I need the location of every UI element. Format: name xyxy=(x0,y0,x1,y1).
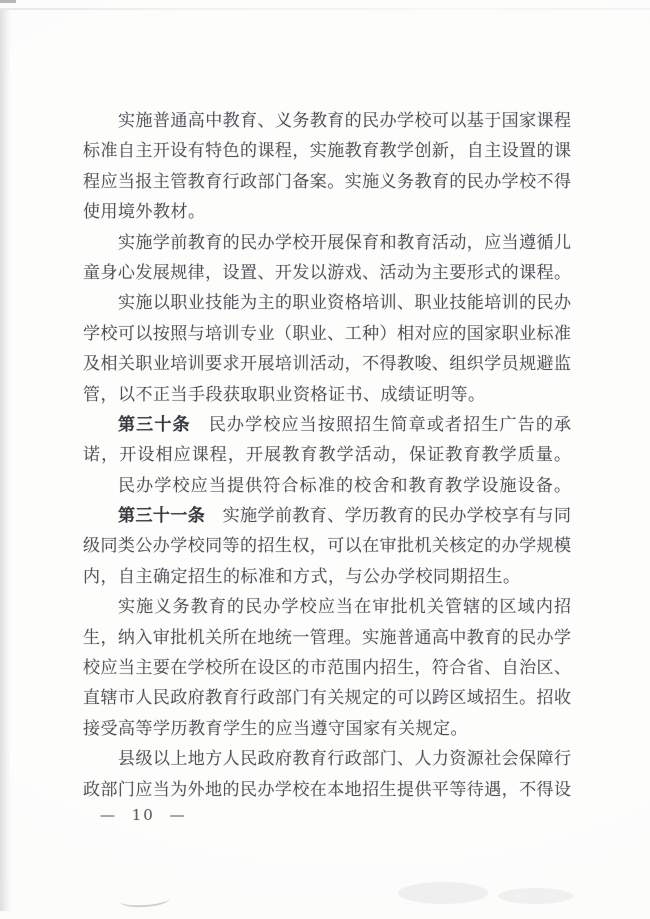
document-line: 级同类公办学校同等的招生权，可以在审批机关核定的办学规模 xyxy=(83,531,571,561)
text-block: 实施普通高中教育、义务教育的民办学校可以基于国家课程标准自主开设有特色的课程，实… xyxy=(83,106,571,805)
document-viewer: 实施普通高中教育、义务教育的民办学校可以基于国家课程标准自主开设有特色的课程，实… xyxy=(0,0,650,919)
document-line: 诺，开设相应课程，开展教育教学活动，保证教育教学质量。 xyxy=(83,440,571,470)
document-line: 程应当报主管教育行政部门备案。实施义务教育的民办学校不得 xyxy=(83,167,571,197)
document-line: 政部门应当为外地的民办学校在本地招生提供平等待遇，不得设 xyxy=(83,775,571,805)
scanned-page: 实施普通高中教育、义务教育的民办学校可以基于国家课程标准自主开设有特色的课程，实… xyxy=(0,0,650,919)
article-number: 第三十一条 xyxy=(118,506,205,526)
document-line: 第三十条 民办学校应当按照招生简章或者招生广告的承 xyxy=(83,410,571,440)
document-line: 内，自主确定招生的标准和方式，与公办学校同期招生。 xyxy=(83,562,571,592)
document-line: 童身心发展规律，设置、开发以游戏、活动为主要形式的课程。 xyxy=(83,258,571,288)
document-line: 民办学校应当提供符合标准的校舍和教育教学设施设备。 xyxy=(83,471,571,501)
page-number: — 10 — xyxy=(100,806,187,824)
document-line: 使用境外教材。 xyxy=(83,197,571,227)
document-line: 县级以上地方人民政府教育行政部门、人力资源社会保障行 xyxy=(83,744,571,774)
document-line: 实施普通高中教育、义务教育的民办学校可以基于国家课程 xyxy=(83,106,571,136)
document-line: 接受高等学历教育学生的应当遵守国家有关规定。 xyxy=(83,714,571,744)
document-line: 实施义务教育的民办学校应当在审批机关管辖的区域内招 xyxy=(83,592,571,622)
scan-smudge xyxy=(498,888,573,904)
document-line: 生，纳入审批机关所在地统一管理。实施普通高中教育的民办学 xyxy=(83,623,571,653)
document-line: 第三十一条 实施学前教育、学历教育的民办学校享有与同 xyxy=(83,501,571,531)
scan-smudge xyxy=(120,891,171,908)
scan-edge-mark xyxy=(0,0,16,3)
document-line: 实施以职业技能为主的职业资格培训、职业技能培训的民办 xyxy=(83,288,571,318)
document-line: 实施学前教育的民办学校开展保育和教育活动，应当遵循儿 xyxy=(83,228,571,258)
document-line: 标准自主开设有特色的课程，实施教育教学创新，自主设置的课 xyxy=(83,136,571,166)
scan-edge-top xyxy=(0,8,650,10)
document-line: 校应当主要在学校所在设区的市范围内招生，符合省、自治区、 xyxy=(83,653,571,683)
document-line: 直辖市人民政府教育行政部门有关规定的可以跨区域招生。招收 xyxy=(83,683,571,713)
scan-edge-left xyxy=(0,10,11,911)
document-line: 及相关职业培训要求开展培训活动，不得教唆、组织学员规避监 xyxy=(83,349,571,379)
scan-smudge xyxy=(398,882,488,904)
document-line: 学校可以按照与培训专业（职业、工种）相对应的国家职业标准 xyxy=(83,319,571,349)
document-line: 管，以不正当手段获取职业资格证书、成绩证明等。 xyxy=(83,380,571,410)
article-number: 第三十条 xyxy=(118,415,191,435)
